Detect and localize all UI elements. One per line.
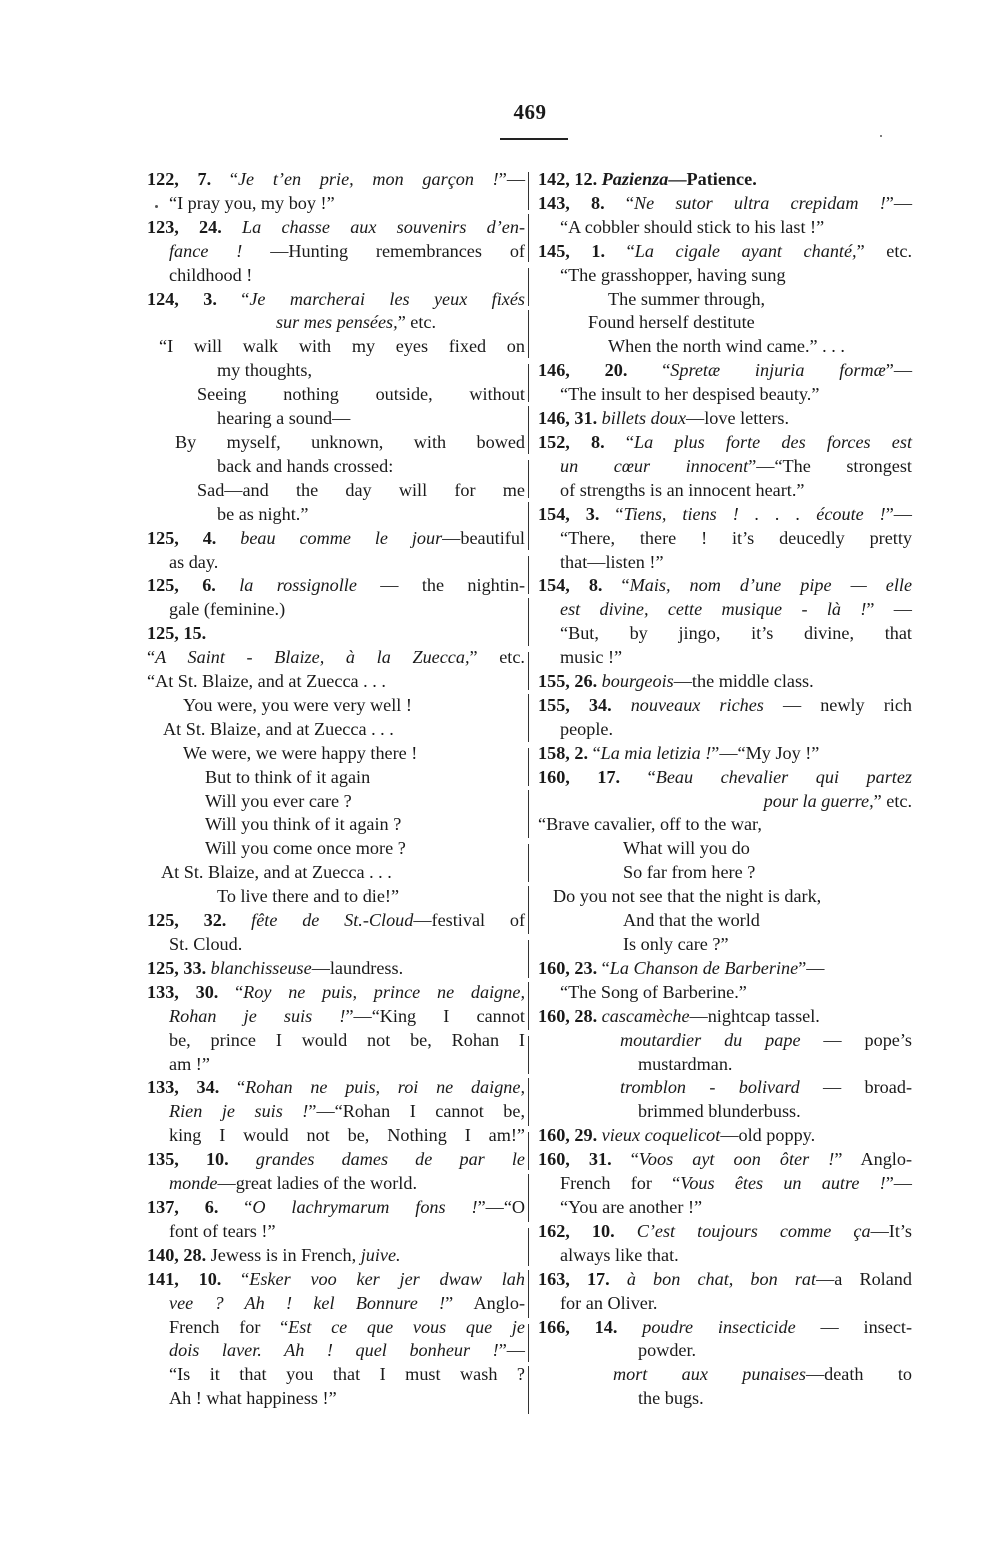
entry-ref: 123, 24. <box>147 217 222 237</box>
entry-152-8: 152, 8. “La plus forte des forces est un… <box>538 431 912 503</box>
entry-133-34: 133, 34. “Rohan ne puis, roi ne daigne, … <box>147 1076 525 1148</box>
entry-146-20: 146, 20. “Spretæ injuria formæ”— “The in… <box>538 359 912 407</box>
french-phrase: poudre insecticide <box>642 1317 795 1337</box>
entry-ref: 155, 26. <box>538 671 597 691</box>
entry-142-12: 142, 12. Pazienza—Patience. <box>538 168 912 192</box>
entry-ref: 145, 1. <box>538 241 605 261</box>
entry-ref: 142, 12. <box>538 169 597 189</box>
entry-141-10: 141, 10. “Esker voo ker jer dwaw lah vee… <box>147 1268 525 1411</box>
french-phrase: blanchisseuse <box>211 958 312 978</box>
french-phrase: à bon chat, bon rat <box>627 1269 816 1289</box>
entry-125-32: 125, 32. fête de St.-Cloud—festival of S… <box>147 909 525 957</box>
entry-160-17: 160, 17. “Beau chevalier qui partez pour… <box>538 766 912 957</box>
french-phrase: billets doux <box>602 408 686 428</box>
entry-ref: 160, 29. <box>538 1125 597 1145</box>
french-phrase: Spretæ injuria formæ <box>670 360 885 380</box>
entry-ref: 160, 28. <box>538 1006 597 1026</box>
french-phrase: nouveaux riches <box>631 695 764 715</box>
entry-ref: 160, 23. <box>538 958 597 978</box>
french-phrase: Beau chevalier qui partez <box>656 767 912 787</box>
page-number: 469 <box>0 100 1000 125</box>
french-phrase: Mais, nom d’une pipe — elle <box>630 575 912 595</box>
french-phrase: Je t’en prie, mon garçon ! <box>238 169 499 189</box>
french-phrase: la rossignolle <box>239 575 357 595</box>
entry-123-24: 123, 24. La chasse aux souvenirs d’en- f… <box>147 216 525 288</box>
entry-154-8: 154, 8. “Mais, nom d’une pipe — elle est… <box>538 574 912 670</box>
french-phrase: C’est toujours comme ça <box>637 1221 871 1241</box>
french-phrase: vieux coquelicot <box>602 1125 721 1145</box>
entry-158-2: 158, 2. “La mia letizia !”—“My Joy !” <box>538 742 912 766</box>
entry-ref: 135, 10. <box>147 1149 229 1169</box>
entry-ref: 125, 33. <box>147 958 206 978</box>
entry-ref: 154, 3. <box>538 504 599 524</box>
french-phrase: Pazienza <box>602 169 669 189</box>
right-column: 142, 12. Pazienza—Patience. 143, 8. “Ne … <box>538 168 912 1411</box>
entry-163-17: 163, 17. à bon chat, bon rat—a Roland fo… <box>538 1268 912 1316</box>
entry-ref: 155, 34. <box>538 695 612 715</box>
french-phrase: fête de St.-Cloud <box>251 910 413 930</box>
entry-124-3: 124, 3. “Je marcherai les yeux fixés sur… <box>147 288 525 527</box>
entry-162-10: 162, 10. C’est toujours comme ça—It’s al… <box>538 1220 912 1268</box>
entry-ref: 124, 3. <box>147 289 217 309</box>
entry-125-6: 125, 6. la rossignolle — the nightin- ga… <box>147 574 525 622</box>
entry-137-6: 137, 6. “O lachrymarum fons !”—“O font o… <box>147 1196 525 1244</box>
entry-ref: 163, 17. <box>538 1269 610 1289</box>
french-phrase: bourgeois <box>602 671 674 691</box>
entry-ref: 140, 28. <box>147 1245 206 1265</box>
entry-ref: 141, 10. <box>147 1269 221 1289</box>
french-phrase: La mia letizia ! <box>601 743 712 763</box>
entry-160-29: 160, 29. vieux coquelicot—old poppy. <box>538 1124 912 1148</box>
entry-154-3: 154, 3. “Tiens, tiens ! . . . écoute !”—… <box>538 503 912 575</box>
column-divider <box>528 172 529 1417</box>
french-phrase: Ne sutor ultra crepidam ! <box>634 193 886 213</box>
french-phrase: La cigale ayant chanté, <box>635 241 857 261</box>
french-phrase: Voos ayt oon ôter ! <box>639 1149 835 1169</box>
entry-160-28: 160, 28. cascamèche—nightcap tassel. mou… <box>538 1005 912 1125</box>
print-speck <box>880 135 882 137</box>
entry-160-31: 160, 31. “Voos ayt oon ôter !” Anglo- Fr… <box>538 1148 912 1220</box>
entry-ref: 125, 6. <box>147 575 216 595</box>
entry-146-31: 146, 31. billets doux—love letters. <box>538 407 912 431</box>
left-column: 122, 7. “Je t’en prie, mon garçon !”— “I… <box>147 168 525 1411</box>
entry-125-33: 125, 33. blanchisseuse—laundress. <box>147 957 525 981</box>
entry-125-15: 125, 15. “A Saint - Blaize, à la Zuecca,… <box>147 622 525 909</box>
entry-166-14: 166, 14. poudre insecticide — insect- po… <box>538 1316 912 1412</box>
french-phrase: grandes dames de par le <box>256 1149 525 1169</box>
french-phrase: A Saint - Blaize, à la Zuecca, <box>155 647 469 667</box>
french-phrase: Je marcherai les yeux fixés <box>249 289 525 309</box>
entry-140-28: 140, 28. Jewess is in French, juive. <box>147 1244 525 1268</box>
entry-ref: 133, 34. <box>147 1077 219 1097</box>
entry-ref: 143, 8. <box>538 193 605 213</box>
entry-155-26: 155, 26. bourgeois—the middle class. <box>538 670 912 694</box>
entry-160-23: 160, 23. “La Chanson de Barberine”— “The… <box>538 957 912 1005</box>
french-phrase: La Chanson de Barberine <box>610 958 798 978</box>
french-phrase: juive. <box>361 1245 401 1265</box>
entry-122-7: 122, 7. “Je t’en prie, mon garçon !”— “I… <box>147 168 525 216</box>
entry-ref: 137, 6. <box>147 1197 218 1217</box>
french-phrase: Esker voo ker jer dwaw lah <box>249 1269 525 1289</box>
header-rule <box>500 138 568 140</box>
entry-ref: 146, 31. <box>538 408 597 428</box>
entry-145-1: 145, 1. “La cigale ayant chanté,” etc. “… <box>538 240 912 360</box>
entry-ref: 152, 8. <box>538 432 605 452</box>
french-phrase: La chasse aux souvenirs d’en- <box>242 217 525 237</box>
entry-155-34: 155, 34. nouveaux riches — newly rich pe… <box>538 694 912 742</box>
entry-ref: 122, 7. <box>147 169 211 189</box>
french-phrase: O lachrymarum fons ! <box>252 1197 477 1217</box>
entry-125-4: 125, 4. beau comme le jour—beautiful as … <box>147 527 525 575</box>
entry-ref: 158, 2. <box>538 743 588 763</box>
entry-ref: 162, 10. <box>538 1221 615 1241</box>
entry-ref: 160, 31. <box>538 1149 612 1169</box>
entry-ref: 125, 32. <box>147 910 226 930</box>
entry-ref: 133, 30. <box>147 982 218 1002</box>
french-phrase: Roy ne puis, prince ne daigne, <box>243 982 525 1002</box>
entry-ref: 125, 15. <box>147 623 206 643</box>
french-phrase: Tiens, tiens ! . . . écoute ! <box>623 504 885 524</box>
entry-ref: 166, 14. <box>538 1317 617 1337</box>
entry-ref: 154, 8. <box>538 575 602 595</box>
french-phrase: beau comme le jour <box>240 528 442 548</box>
french-phrase: La plus forte des forces est <box>634 432 912 452</box>
entry-ref: 160, 17. <box>538 767 620 787</box>
entry-ref: 146, 20. <box>538 360 627 380</box>
french-phrase: cascamèche <box>602 1006 690 1026</box>
entry-ref: 125, 4. <box>147 528 216 548</box>
french-phrase: Rohan ne puis, roi ne daigne, <box>245 1077 525 1097</box>
entry-133-30: 133, 30. “Roy ne puis, prince ne daigne,… <box>147 981 525 1077</box>
entry-135-10: 135, 10. grandes dames de par le monde—g… <box>147 1148 525 1196</box>
entry-143-8: 143, 8. “Ne sutor ultra crepidam !”— “A … <box>538 192 912 240</box>
